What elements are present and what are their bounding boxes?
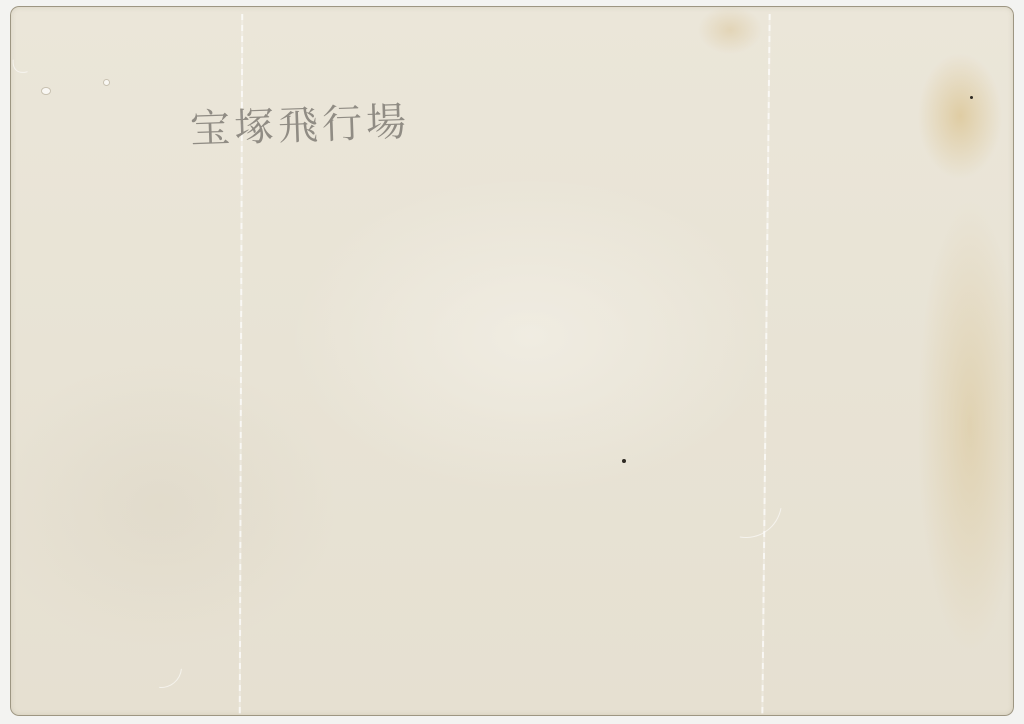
- ink-speck: [970, 96, 973, 99]
- crease-mark: [696, 452, 796, 552]
- ink-speck: [622, 459, 626, 463]
- corner-crease: [4, 13, 68, 81]
- crease-mark: [131, 637, 190, 696]
- fold-line-right: [761, 14, 770, 714]
- paper-dimple: [104, 80, 109, 85]
- photo-card-back: 宝塚飛行場: [10, 6, 1014, 716]
- paper-dimple: [42, 88, 50, 94]
- scan-background: 宝塚飛行場: [0, 0, 1024, 724]
- handwritten-caption: 宝塚飛行場: [189, 90, 411, 155]
